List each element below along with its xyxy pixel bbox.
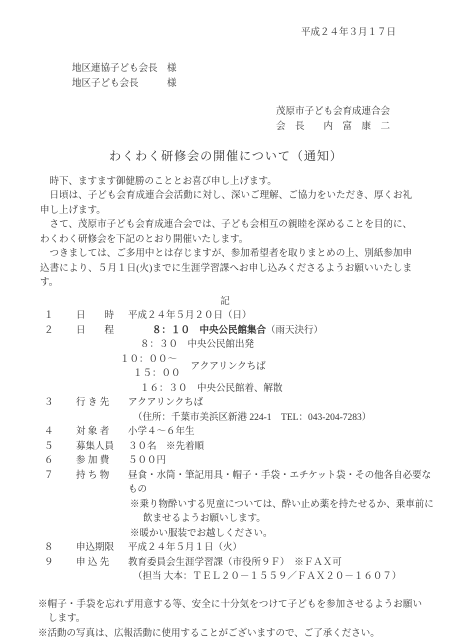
item-row-date: １ 日 時 平成２４年５月２０日（日） [44, 309, 434, 324]
note-motion-sickness: ※乗り物酔いする児童については、酔い止め薬を持たせるか、乗車前に飲ませるようお願… [130, 498, 434, 527]
body-paragraphs: 時下、ますます御健勝のこととお喜び申し上げます。 日頃は、子ども会育成連合会活動… [0, 175, 452, 291]
item-value: ５００円 [128, 454, 434, 469]
item-row-target: ４ 対 象 者 小学４〜６年生 [44, 425, 434, 440]
item-value: 昼食・水筒・筆記用具・帽子・手袋・エチケット袋・その他各自必要なもの [128, 469, 434, 498]
schedule-times: １０：００〜 １５：００ [120, 353, 181, 382]
recipient-line-2: 地区子ども会長 様 [72, 77, 452, 92]
schedule-line-return: １６：３０ 中央公民館着、解散 [140, 382, 434, 397]
item-row-destination: ３ 行 き 先 アクアリンクちば [44, 396, 434, 411]
schedule-line-meet: ８：１０ 中央公民館集合（雨天決行） [128, 324, 434, 339]
item-label: 申込期限 [76, 541, 128, 556]
destination-address: （住所：千葉市美浜区新港 224-1 TEL：043-204-7283） [133, 411, 434, 426]
item-value: 小学４〜６年生 [128, 425, 434, 440]
document-title: わくわく研修会の開催について（通知） [0, 148, 452, 164]
item-number: １ [44, 309, 76, 324]
item-number: ２ [44, 324, 76, 339]
sender-organization: 茂原市子ども会育成連合会 [276, 105, 452, 120]
schedule-time-start: １０：００〜 [120, 353, 181, 368]
application-contact: （担当 大本：ＴＥＬ２０－１５５９／ＦＡＸ２０－１６０７） [133, 570, 434, 585]
item-value: 平成２４年５月１日（火） [128, 541, 434, 556]
item-row-capacity: ５ 募集人員 ３０名 ※先着順 [44, 440, 434, 455]
schedule-weather-note: （雨天決行） [266, 326, 323, 336]
notice-document: 平成２４年３月１７日 地区連協子ども会長 様 地区子ども会長 様 茂原市子ども会… [0, 0, 452, 640]
footer-note-safety: ※帽子・手袋を忘れず用意する等、安全に十分気をつけて子どもを参加させるようお願い… [0, 598, 422, 627]
body-paragraph-3: さて、茂原市子ども会育成連合会では、子ども会相互の親睦を深めることを目的に、わく… [40, 218, 412, 247]
item-label: 行 き 先 [76, 396, 128, 411]
item-label: 持 ち 物 [76, 469, 128, 498]
sender-name: 会 長 内 富 康 二 [276, 120, 452, 135]
note-warm-clothing: ※暖かい服装でお越しください。 [130, 527, 434, 542]
item-label: 申 込 先 [76, 556, 128, 571]
footer-note-photos: ※活動の写真は、広報活動に使用することがございますので、ご了承ください。 [0, 627, 422, 640]
schedule-activity-place: アクアリンクちば [191, 360, 266, 375]
record-marker: 記 [0, 295, 452, 310]
body-paragraph-4: つきましては、ご多用中とは存じますが、参加希望者を取りまとめの上、別紙参加申込書… [40, 247, 412, 291]
item-row-deadline: ８ 申込期限 平成２４年５月１日（火） [44, 541, 434, 556]
item-number: ８ [44, 541, 76, 556]
item-label: 日 程 [76, 324, 128, 339]
recipient-block: 地区連協子ども会長 様 地区子ども会長 様 [72, 62, 452, 92]
item-label: 募集人員 [76, 440, 128, 455]
item-row-application: ９ 申 込 先 教育委員会生涯学習課（市役所９Ｆ） ※ＦＡＸ可 [44, 556, 434, 571]
item-label: 日 時 [76, 309, 128, 324]
item-row-belongings: ７ 持 ち 物 昼食・水筒・筆記用具・帽子・手袋・エチケット袋・その他各自必要な… [44, 469, 434, 498]
body-paragraph-1: 時下、ますます御健勝のこととお喜び申し上げます。 [40, 175, 412, 190]
item-list: １ 日 時 平成２４年５月２０日（日） ２ 日 程 ８：１０ 中央公民館集合（雨… [0, 309, 452, 585]
schedule-time-place: ８：１０ 中央公民館集合 [152, 326, 266, 336]
footer-notes: ※帽子・手袋を忘れず用意する等、安全に十分気をつけて子どもを参加させるようお願い… [0, 598, 452, 640]
item-label: 対 象 者 [76, 425, 128, 440]
item-value: 平成２４年５月２０日（日） [128, 309, 434, 324]
item-number: ６ [44, 454, 76, 469]
recipient-line-1: 地区連協子ども会長 様 [72, 62, 452, 77]
item-value: ３０名 ※先着順 [128, 440, 434, 455]
item-label: 参 加 費 [76, 454, 128, 469]
item-row-schedule: ２ 日 程 ８：１０ 中央公民館集合（雨天決行） [44, 324, 434, 339]
item-value: アクアリンクちば [128, 396, 434, 411]
item-row-fee: ６ 参 加 費 ５００円 [44, 454, 434, 469]
document-date: 平成２４年３月１７日 [0, 26, 452, 41]
schedule-line-depart: ８：３０ 中央公民館出発 [140, 338, 434, 353]
sender-block: 茂原市子ども会育成連合会 会 長 内 富 康 二 [276, 105, 452, 135]
item-number: ７ [44, 469, 76, 498]
item-number: ４ [44, 425, 76, 440]
item-value: 教育委員会生涯学習課（市役所９Ｆ） ※ＦＡＸ可 [128, 556, 434, 571]
item-number: ３ [44, 396, 76, 411]
item-number: ５ [44, 440, 76, 455]
schedule-activity-block: １０：００〜 １５：００ アクアリンクちば [120, 353, 434, 382]
schedule-time-end: １５：００ [133, 367, 181, 382]
body-paragraph-2: 日頃は、子ども会育成連合会活動に対し、深いご理解、ご協力をいただき、厚くお礼申し… [40, 189, 412, 218]
item-number: ９ [44, 556, 76, 571]
